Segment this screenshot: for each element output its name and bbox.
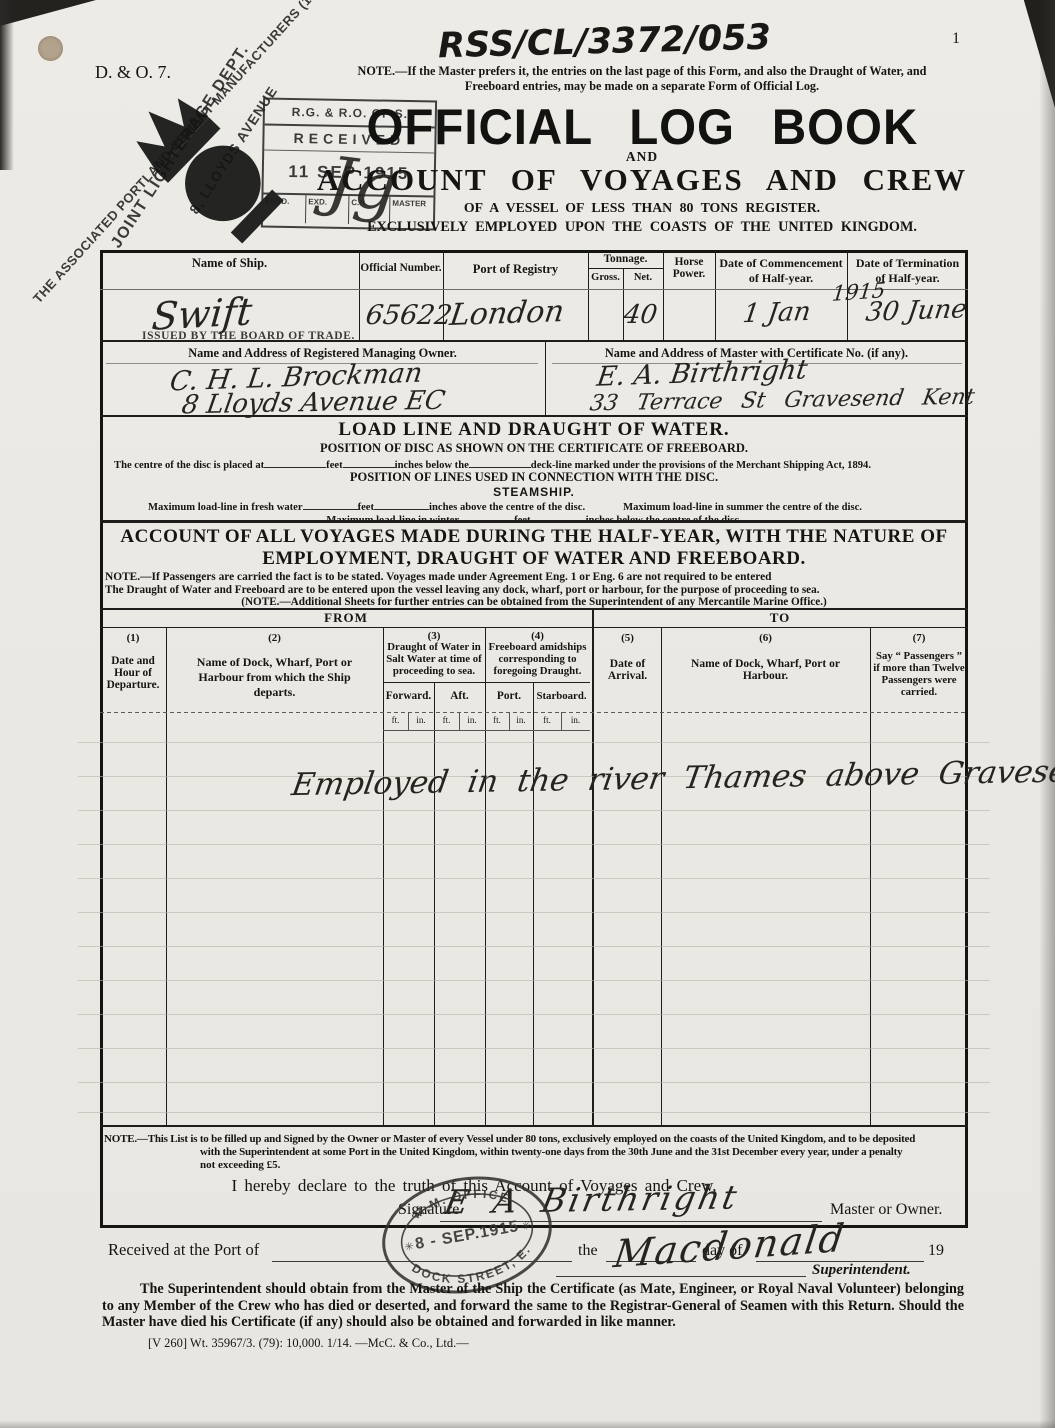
header-owner: Name and Address of Registered Managing …: [100, 346, 545, 361]
voyages-note3: (NOTE.—Additional Sheets for further ent…: [104, 596, 964, 608]
rule-line: [78, 1082, 990, 1083]
table-line: [533, 682, 534, 1125]
oval-stamp-star: ✳: [404, 1241, 415, 1254]
header-tonnage: Tonnage.: [588, 253, 663, 265]
oval-stamp-date: 8 - SEP.1915: [414, 1218, 520, 1253]
superintendent-line: [556, 1276, 806, 1277]
form-code: D. & O. 7.: [95, 62, 171, 83]
vessel-line: OF A VESSEL OF LESS THAN 80 TONS REGISTE…: [312, 200, 972, 216]
value-owner-line2: 8 Lloyds Avenue EC: [180, 386, 448, 421]
rule-line: [78, 878, 990, 879]
blank-line: [343, 456, 395, 468]
blank-line: [303, 498, 358, 510]
top-note-line1: NOTE.—If the Master prefers it, the entr…: [312, 64, 972, 79]
table-line: [100, 627, 968, 628]
rule-line: [78, 912, 990, 913]
table-line: [100, 1125, 968, 1127]
section-line: [100, 520, 968, 523]
col6-number: (6): [661, 632, 870, 644]
value-commencement: 1 Jan: [741, 297, 813, 330]
value-official-number: 65622: [364, 300, 454, 331]
rule-line: [78, 810, 990, 811]
header-gross: Gross.: [588, 272, 623, 283]
col4b-header: Starboard.: [533, 690, 590, 702]
reference-number: RSS/CL/3372/053: [438, 18, 772, 67]
col7-header: Say “ Passengers ” if more than Twelve P…: [873, 650, 965, 698]
header-net: Net.: [623, 272, 663, 283]
rule-line: [78, 1014, 990, 1015]
received-prefix: Received at the Port of: [108, 1240, 259, 1260]
employed-line: EXCLUSIVELY EMPLOYED UPON THE COASTS OF …: [312, 219, 972, 236]
scanned-log-book-page: THE ASSOCIATED PORTLAND CEMENT MANUFACTU…: [0, 0, 1055, 1428]
table-line: [383, 730, 590, 731]
page-number: 1: [952, 30, 960, 48]
table-line: [588, 268, 663, 269]
value-ship-name: Swift: [150, 289, 254, 338]
main-title: OFFICIAL LOG BOOK: [312, 98, 972, 156]
oval-stamp-star: ✳: [521, 1220, 532, 1233]
bottom-note-line1: NOTE.—This List is to be filled up and S…: [104, 1133, 915, 1145]
superintendent-label: Superintendent.: [812, 1262, 911, 1279]
ft-label: ft.: [533, 715, 561, 725]
rule-line: [78, 1112, 990, 1113]
to-label: TO: [592, 610, 968, 626]
top-note-line2: Freeboard entries, may be made on a sepa…: [312, 79, 972, 94]
header-commencement: Date of Commencement of Half-year.: [718, 256, 844, 286]
page-edge-left: [0, 0, 14, 170]
bottom-note-line2: with the Superintendent at some Port in …: [200, 1146, 902, 1158]
table-line: [715, 250, 716, 340]
col5-header: Date of Arrival.: [598, 658, 657, 682]
in-label: in.: [561, 715, 590, 725]
table-line: [166, 627, 167, 1125]
value-termination: 30 June: [864, 294, 969, 328]
col4a-header: Port.: [485, 690, 533, 702]
loadline-steamship: STEAMSHIP.: [104, 485, 964, 499]
ft-label: ft.: [434, 715, 459, 725]
table-line: [100, 712, 968, 713]
voyages-note1: NOTE.—If Passengers are carried the fact…: [105, 571, 772, 583]
subtitle: ACCOUNT OF VOYAGES AND CREW: [312, 162, 972, 198]
value-net-tonnage: 40: [622, 300, 659, 330]
col2-header: Name of Dock, Wharf, Port or Harbour fro…: [186, 655, 363, 700]
loadline-position-disc: POSITION OF DISC AS SHOWN ON THE CERTIFI…: [104, 441, 964, 456]
blank-line: [469, 456, 531, 468]
loadline-title: LOAD LINE AND DRAUGHT OF WATER.: [104, 419, 964, 441]
table-line: [870, 627, 871, 1125]
in-label: in.: [459, 715, 485, 725]
in-label: in.: [509, 715, 533, 725]
rule-line: [78, 742, 990, 743]
table-line: [663, 250, 664, 340]
ft-label: ft.: [383, 715, 408, 725]
table-line: [100, 340, 968, 342]
blank-line: [264, 456, 326, 468]
received-box-cell: ENTD.: [263, 195, 306, 224]
table-line: [383, 682, 590, 683]
header-name-of-ship: Name of Ship.: [100, 256, 359, 271]
header-port-of-registry: Port of Registry: [443, 262, 588, 277]
main-title-text: OFFICIAL LOG BOOK: [366, 98, 918, 156]
imprint-footer: [V 260] Wt. 35967/3. (79): 10,000. 1/14.…: [148, 1336, 469, 1351]
page-edge-bottom: [0, 1420, 1055, 1428]
rule-line: [78, 1048, 990, 1049]
col1-header: Date and Hour of Departure.: [103, 655, 163, 691]
rule-line: [78, 946, 990, 947]
from-label: FROM: [100, 610, 592, 626]
loadline-position-lines: POSITION OF LINES USED IN CONNECTION WIT…: [104, 470, 964, 485]
col1-number: (1): [100, 632, 166, 644]
voyages-title-line2: EMPLOYMENT, DRAUGHT OF WATER AND FREEBOA…: [104, 548, 964, 570]
voyages-note2: The Draught of Water and Freeboard are t…: [105, 584, 820, 596]
rule-line: [78, 844, 990, 845]
punch-hole: [38, 36, 63, 61]
loadline-centre-line: The centre of the disc is placed atfeeti…: [114, 456, 964, 471]
header-official-number: Official Number.: [359, 262, 443, 274]
svg-text:M.M. OFFICE: M.M. OFFICE: [408, 1180, 513, 1223]
page-edge-right: [1039, 0, 1055, 1428]
value-port: London: [448, 294, 567, 333]
voyages-title-line1: ACCOUNT OF ALL VOYAGES MADE DURING THE H…: [104, 526, 964, 548]
loadline-winter-line: Maximum load-line in winterfeetinches be…: [104, 511, 964, 526]
col3-header: Draught of Water in Salt Water at time o…: [385, 641, 483, 677]
page-edge-top-left: [0, 0, 96, 26]
col4-header: Freeboard amidships corresponding to for…: [487, 641, 588, 677]
header-horse-power: Horse Power.: [665, 256, 713, 280]
ft-label: ft.: [485, 715, 509, 725]
col7-number: (7): [870, 632, 968, 644]
col3a-header: Forward.: [383, 690, 434, 702]
oval-stamp-top-text: M.M. OFFICE: [408, 1180, 513, 1223]
rule-line: [78, 980, 990, 981]
blank-line: [374, 498, 429, 510]
col3b-header: Aft.: [434, 690, 485, 702]
col6-header: Name of Dock, Wharf, Port or Harbour.: [691, 658, 840, 682]
col2-number: (2): [166, 632, 383, 644]
in-label: in.: [408, 715, 434, 725]
table-line: [661, 627, 662, 1125]
the-label: the: [578, 1242, 598, 1260]
received-blank-line: [272, 1261, 572, 1262]
superintendent-paragraph: The Superintendent should obtain from th…: [102, 1281, 964, 1331]
table-line: [434, 682, 435, 1125]
col5-number: (5): [594, 632, 661, 644]
bottom-note-line3: not exceeding £5.: [200, 1159, 280, 1171]
year-prefix: 19: [928, 1242, 944, 1260]
